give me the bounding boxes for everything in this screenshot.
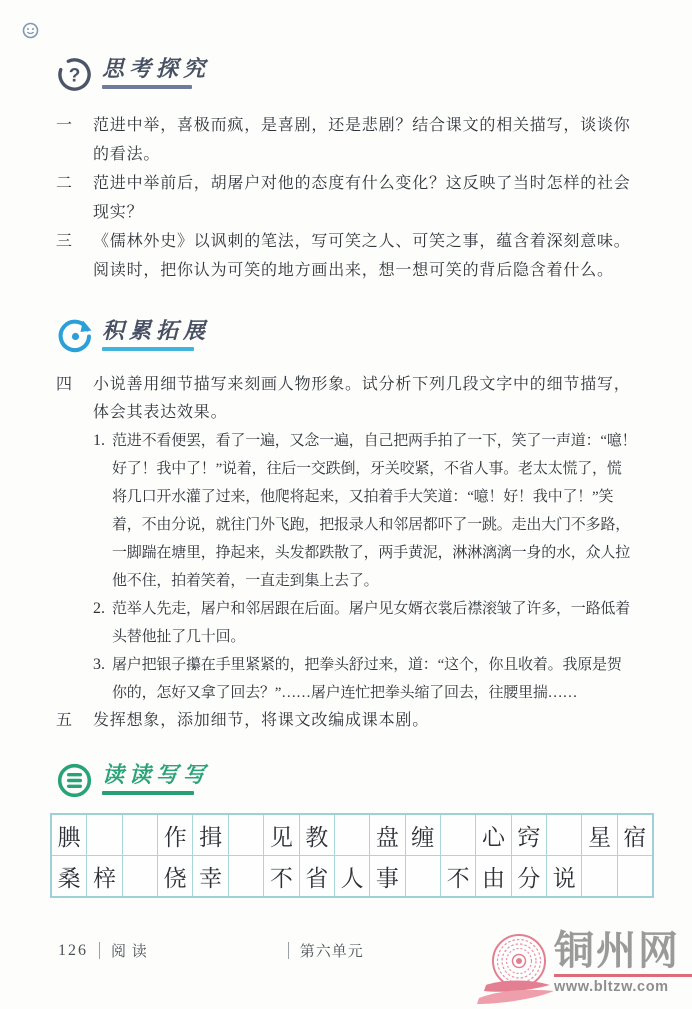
text-line: 他不住，拍着笑着，一直走到集上去了。 <box>112 567 636 595</box>
exercise-item: 二 范进中举前后，胡屠户对他的态度有什么变化？这反映了当时怎样的社会 现实？ <box>56 169 662 227</box>
word-grid-table: 腆作揖见教盘缠心窍星宿 桑梓侥幸不省人事不由分说 <box>50 813 654 898</box>
word-cell: 梓 <box>87 856 122 896</box>
watermark-divider <box>554 974 692 977</box>
text-line: 《儒林外史》以讽刺的笔法，写可笑之人、可笑之事，蕴含着深刻意味。 <box>93 227 631 256</box>
word-cell <box>335 815 370 855</box>
text-line: 着，不由分说，就往门外飞跑，把报录人和邻居都吓了一跳。走出大门不多路， <box>112 511 636 539</box>
item-number: 一 <box>56 111 93 169</box>
word-cell: 事 <box>370 856 405 896</box>
section-read-write: 读读写写 腆作揖见教盘缠心窍星宿 桑梓侥幸不省人事不由分说 <box>56 762 662 898</box>
text-line: 现实？ <box>93 198 631 227</box>
section-header: 积累拓展 <box>56 318 662 355</box>
text-line: 阅读时，把你认为可笑的地方画出来，想一想可笑的背后隐含着什么。 <box>93 256 631 285</box>
page-number: 126 <box>58 942 88 960</box>
text-line: 好了！我中了！”说着，往后一交跌倒，牙关咬紧，不省人事。老太太慌了，慌 <box>112 455 636 483</box>
list-circle-icon <box>56 762 93 799</box>
watermark-site-url: www.bltzw.com <box>554 979 692 995</box>
unit-label: 第六单元 <box>300 940 364 961</box>
word-cell <box>229 856 264 896</box>
section-header: 读读写写 <box>56 762 662 799</box>
word-cell <box>582 856 617 896</box>
section-underline <box>102 791 194 795</box>
footer-divider <box>288 942 289 959</box>
text-line: 范举人先走，屠户和邻居跟在后面。屠户见女婿衣裳后襟滚皱了许多，一路低着 <box>112 595 630 623</box>
item-text: 小说善用细节描写来刻画人物形象。试分析下列几段文字中的细节描写， 体会其表达效果… <box>93 371 631 427</box>
text-line: 范进不看便罢，看了一遍，又念一遍，自己把两手拍了一下，笑了一声道：“噫！ <box>112 427 636 455</box>
word-cell: 心 <box>476 815 511 855</box>
section-think-explore: ? 思考探究 一 范进中举，喜极而疯，是喜剧，还是悲剧？结合课文的相关描写，谈谈… <box>56 56 662 285</box>
text-line: 发挥想象，添加细节，将课文改编成课本剧。 <box>93 707 429 735</box>
smiley-icon <box>22 22 39 39</box>
word-cell <box>547 815 582 855</box>
word-cell: 省 <box>300 856 335 896</box>
item-text: 屠户把银子攥在手里紧紧的，把拳头舒过来，道：“这个，你且收着。我原是贺 你的，怎… <box>112 651 622 707</box>
exercise-list: 一 范进中举，喜极而疯，是喜剧，还是悲剧？结合课文的相关描写，谈谈你 的看法。 … <box>56 111 662 285</box>
word-cell: 侥 <box>158 856 193 896</box>
word-cell: 星 <box>582 815 617 855</box>
refresh-circle-icon <box>56 318 93 355</box>
exercise-list: 四 小说善用细节描写来刻画人物形象。试分析下列几段文字中的细节描写， 体会其表达… <box>56 371 662 735</box>
word-cell: 揖 <box>193 815 228 855</box>
word-grid-row: 腆作揖见教盘缠心窍星宿 <box>52 815 652 855</box>
watermark: 铜州网 www.bltzw.com <box>474 929 692 1007</box>
watermark-seal-icon <box>474 929 558 1009</box>
svg-text:?: ? <box>69 66 81 87</box>
text-line: 将几口开水灌了过来，他爬将起来，又拍着手大笑道：“噫！好！我中了！”笑 <box>112 483 636 511</box>
word-cell: 由 <box>476 856 511 896</box>
word-cell: 人 <box>335 856 370 896</box>
text-line: 屠户把银子攥在手里紧紧的，把拳头舒过来，道：“这个，你且收着。我原是贺 <box>112 651 622 679</box>
word-cell <box>123 815 158 855</box>
text-line: 范进中举，喜极而疯，是喜剧，还是悲剧？结合课文的相关描写，谈谈你 <box>93 111 631 140</box>
item-text: 发挥想象，添加细节，将课文改编成课本剧。 <box>93 707 429 735</box>
word-cell: 宿 <box>618 815 652 855</box>
word-cell: 不 <box>264 856 299 896</box>
watermark-text: 铜州网 www.bltzw.com <box>554 929 692 995</box>
textbook-page: ? 思考探究 一 范进中举，喜极而疯，是喜剧，还是悲剧？结合课文的相关描写，谈谈… <box>0 0 692 1009</box>
word-cell <box>123 856 158 896</box>
page-footer: 126 阅 读 第六单元 <box>58 940 364 961</box>
question-circle-icon: ? <box>56 56 93 93</box>
item-number: 五 <box>56 707 93 735</box>
word-cell <box>229 815 264 855</box>
item-number: 三 <box>56 227 93 285</box>
item-text: 范进不看便罢，看了一遍，又念一遍，自己把两手拍了一下，笑了一声道：“噫！ 好了！… <box>112 427 636 595</box>
item-text: 范进中举前后，胡屠户对他的态度有什么变化？这反映了当时怎样的社会 现实？ <box>93 169 631 227</box>
section-accumulate-expand: 积累拓展 四 小说善用细节描写来刻画人物形象。试分析下列几段文字中的细节描写， … <box>56 318 662 735</box>
word-cell: 窍 <box>512 815 547 855</box>
item-number: 四 <box>56 371 93 427</box>
item-number: 1. <box>93 427 112 595</box>
word-cell: 盘 <box>370 815 405 855</box>
section-title: 读读写写 <box>102 762 210 788</box>
reading-label: 阅 读 <box>111 940 148 961</box>
item-number: 2. <box>93 595 112 651</box>
exercise-subitem: 2. 范举人先走，屠户和邻居跟在后面。屠户见女婿衣裳后襟滚皱了许多，一路低着 头… <box>56 595 662 651</box>
item-text: 范举人先走，屠户和邻居跟在后面。屠户见女婿衣裳后襟滚皱了许多，一路低着 头替他扯… <box>112 595 630 651</box>
section-title: 思考探究 <box>102 56 210 82</box>
text-line: 小说善用细节描写来刻画人物形象。试分析下列几段文字中的细节描写， <box>93 371 631 399</box>
word-grid-row: 桑梓侥幸不省人事不由分说 <box>52 855 652 896</box>
item-number: 二 <box>56 169 93 227</box>
exercise-item: 五 发挥想象，添加细节，将课文改编成课本剧。 <box>56 707 662 735</box>
text-line: 一脚踹在塘里，挣起来，头发都跌散了，两手黄泥，淋淋漓漓一身的水，众人拉 <box>112 539 636 567</box>
word-cell: 说 <box>547 856 582 896</box>
word-cell <box>87 815 122 855</box>
word-cell: 桑 <box>52 856 87 896</box>
word-cell: 不 <box>441 856 476 896</box>
word-cell: 见 <box>264 815 299 855</box>
exercise-subitem: 1. 范进不看便罢，看了一遍，又念一遍，自己把两手拍了一下，笑了一声道：“噫！ … <box>56 427 662 595</box>
item-text: 《儒林外史》以讽刺的笔法，写可笑之人、可笑之事，蕴含着深刻意味。 阅读时，把你认… <box>93 227 631 285</box>
text-line: 你的，怎好又拿了回去？”……屠户连忙把拳头缩了回去，往腰里揣…… <box>112 679 622 707</box>
exercise-item: 一 范进中举，喜极而疯，是喜剧，还是悲剧？结合课文的相关描写，谈谈你 的看法。 <box>56 111 662 169</box>
word-cell: 缠 <box>406 815 441 855</box>
section-header: ? 思考探究 <box>56 56 662 93</box>
word-cell: 作 <box>158 815 193 855</box>
section-title: 积累拓展 <box>102 318 210 344</box>
text-line: 范进中举前后，胡屠户对他的态度有什么变化？这反映了当时怎样的社会 <box>93 169 631 198</box>
exercise-subitem: 3. 屠户把银子攥在手里紧紧的，把拳头舒过来，道：“这个，你且收着。我原是贺 你… <box>56 651 662 707</box>
section-underline <box>102 347 194 351</box>
word-cell: 幸 <box>193 856 228 896</box>
watermark-site-name: 铜州网 <box>554 929 692 973</box>
exercise-item: 三 《儒林外史》以讽刺的笔法，写可笑之人、可笑之事，蕴含着深刻意味。 阅读时，把… <box>56 227 662 285</box>
word-cell <box>441 815 476 855</box>
item-number: 3. <box>93 651 112 707</box>
word-cell <box>406 856 441 896</box>
text-line: 头替他扯了几十回。 <box>112 623 630 651</box>
word-cell: 分 <box>512 856 547 896</box>
text-line: 体会其表达效果。 <box>93 399 631 427</box>
word-cell: 腆 <box>52 815 87 855</box>
item-text: 范进中举，喜极而疯，是喜剧，还是悲剧？结合课文的相关描写，谈谈你 的看法。 <box>93 111 631 169</box>
word-cell <box>618 856 652 896</box>
section-underline <box>102 85 192 89</box>
exercise-item: 四 小说善用细节描写来刻画人物形象。试分析下列几段文字中的细节描写， 体会其表达… <box>56 371 662 427</box>
word-cell: 教 <box>300 815 335 855</box>
footer-divider <box>99 942 100 959</box>
text-line: 的看法。 <box>93 140 631 169</box>
